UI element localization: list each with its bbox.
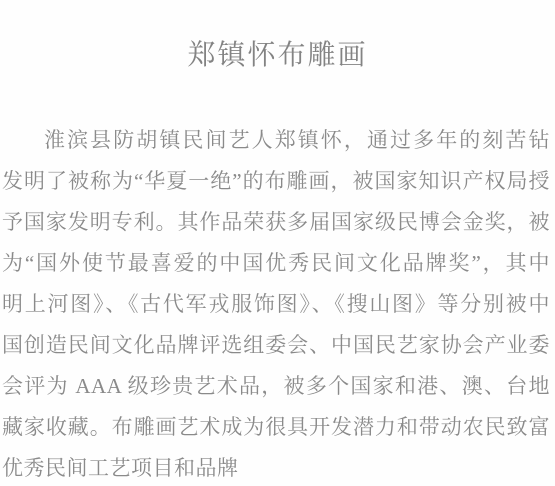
document-title: 郑镇怀布雕画: [0, 0, 555, 78]
paragraph-line: 发明了被称为“华夏一绝”的布雕画，被国家知识产权局授: [2, 161, 550, 202]
document-page: 郑镇怀布雕画 淮滨县防胡镇民间艺人郑镇怀，通过多年的刻苦钻研， 发明了被称为“华…: [0, 0, 555, 486]
paragraph-line: 国创造民间文化品牌评选组委会、中国民艺家协会产业委员: [2, 325, 550, 366]
paragraph-line: 会评为 AAA 级珍贵艺术品，被多个国家和港、澳、台地区收: [2, 366, 550, 407]
paragraph-line: 淮滨县防胡镇民间艺人郑镇怀，通过多年的刻苦钻研，: [2, 120, 550, 161]
paragraph-line: 为“国外使节最喜爱的中国优秀民间文化品牌奖”，其中《清: [2, 243, 550, 284]
paragraph-line: 予国家发明专利。其作品荣获多届国家级民博会金奖，被评: [2, 202, 550, 243]
paragraph-line: 明上河图》、《古代军戎服饰图》、《搜山图》等分别被中: [2, 284, 550, 325]
paragraph-line: 藏家收藏。布雕画艺术成为很具开发潜力和带动农民致富的: [2, 407, 550, 448]
paragraph-line: 优秀民间工艺项目和品牌: [2, 448, 550, 486]
document-paragraph: 淮滨县防胡镇民间艺人郑镇怀，通过多年的刻苦钻研， 发明了被称为“华夏一绝”的布雕…: [0, 120, 555, 486]
